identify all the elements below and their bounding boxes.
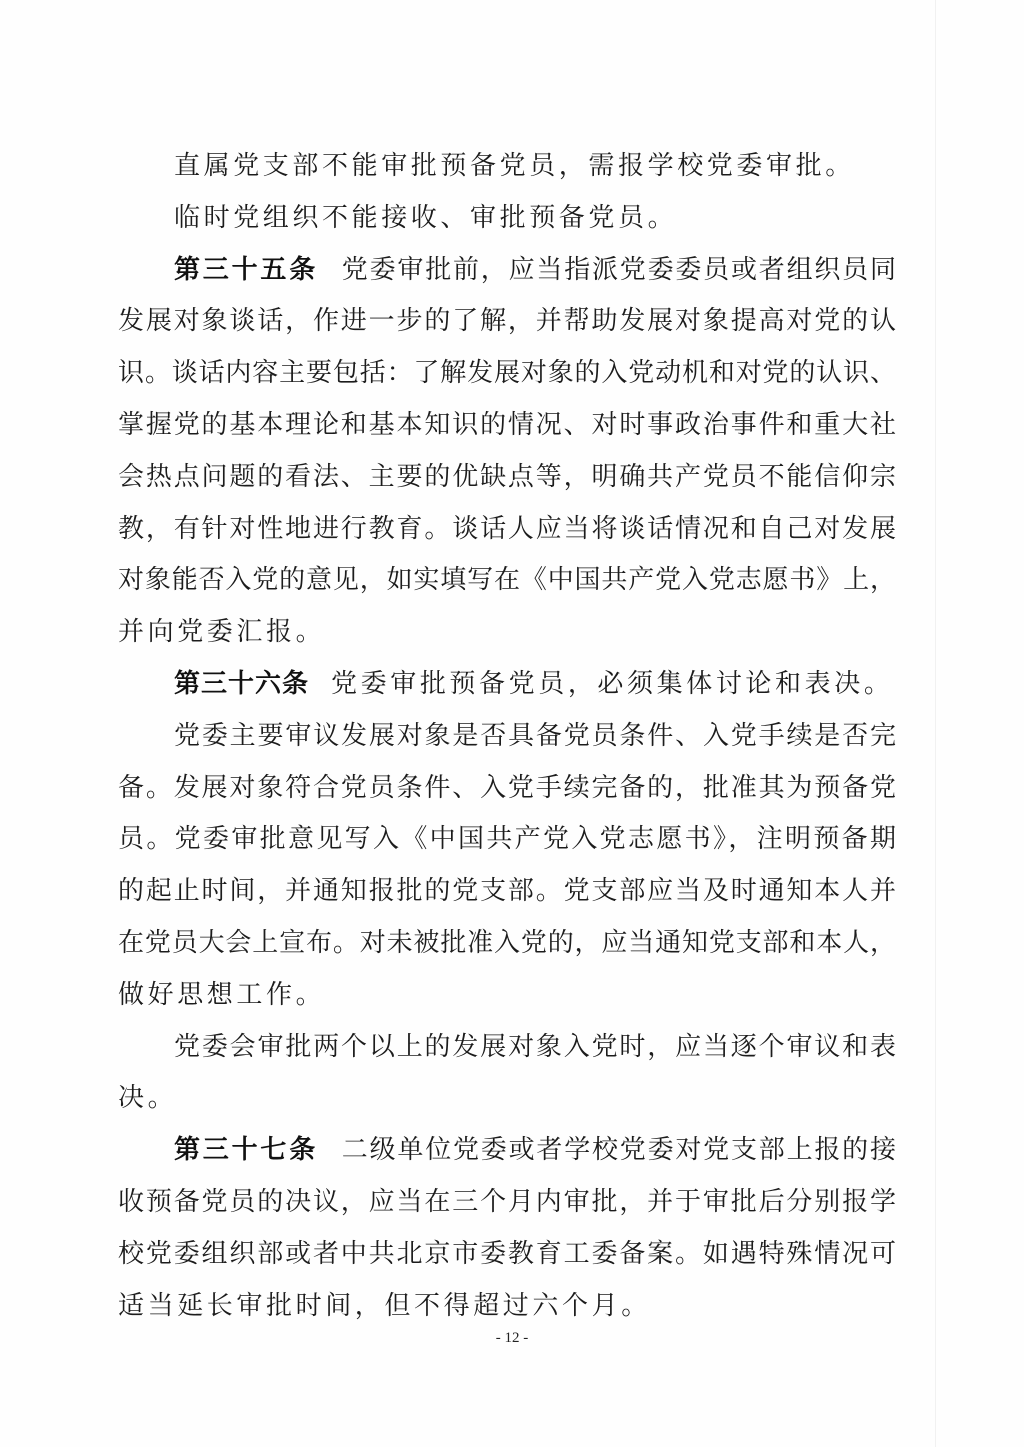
text-line: 适当延长审批时间，但不得超过六个月。 <box>118 1281 896 1333</box>
text-line: 在党员大会上宣布。对未被批准入党的，应当通知党支部和本人， <box>118 918 896 970</box>
text-line: 临时党组织不能接收、审批预备党员。 <box>118 193 896 245</box>
text-line: 会热点问题的看法、主要的优缺点等，明确共产党员不能信仰宗 <box>118 452 896 504</box>
text-segment: 党委审批预备党员，必须集体讨论和表决。 <box>331 669 893 699</box>
document-page: 直属党支部不能审批预备党员，需报学校党委审批。 临时党组织不能接收、审批预备党员… <box>0 0 1024 1447</box>
article-37-line: 第三十七条二级单位党委或者学校党委对党支部上报的接 <box>118 1125 896 1177</box>
article-number: 第三十五条 <box>174 255 318 285</box>
article-36-line: 第三十六条党委审批预备党员，必须集体讨论和表决。 <box>118 659 896 711</box>
text-segment: 党委审批前，应当指派党委委员或者组织员同 <box>340 255 896 285</box>
scan-fold-line <box>935 0 936 1447</box>
text-line: 的起止时间，并通知报批的党支部。党支部应当及时通知本人并 <box>118 866 896 918</box>
text-line: 并向党委汇报。 <box>118 607 896 659</box>
text-line: 掌握党的基本理论和基本知识的情况、对时事政治事件和重大社 <box>118 400 896 452</box>
text-line: 备。发展对象符合党员条件、入党手续完备的，批准其为预备党 <box>118 763 896 815</box>
article-35-line: 第三十五条党委审批前，应当指派党委委员或者组织员同 <box>118 245 896 297</box>
text-line: 员。党委审批意见写入《中国共产党入党志愿书》，注明预备期 <box>118 814 896 866</box>
text-line: 教，有针对性地进行教育。谈话人应当将谈话情况和自己对发展 <box>118 504 896 556</box>
document-body: 直属党支部不能审批预备党员，需报学校党委审批。 临时党组织不能接收、审批预备党员… <box>118 141 896 1332</box>
text-line: 发展对象谈话，作进一步的了解，并帮助发展对象提高对党的认 <box>118 296 896 348</box>
text-line: 直属党支部不能审批预备党员，需报学校党委审批。 <box>118 141 896 193</box>
article-number: 第三十七条 <box>174 1135 318 1165</box>
text-line: 收预备党员的决议，应当在三个月内审批，并于审批后分别报学 <box>118 1177 896 1229</box>
text-segment: 二级单位党委或者学校党委对党支部上报的接 <box>340 1135 896 1165</box>
text-line: 识。谈话内容主要包括：了解发展对象的入党动机和对党的认识、 <box>118 348 896 400</box>
text-line: 决。 <box>118 1073 896 1125</box>
page-number: - 12 - <box>0 1330 1024 1347</box>
article-number: 第三十六条 <box>174 669 309 699</box>
text-line: 对象能否入党的意见，如实填写在《中国共产党入党志愿书》上， <box>118 555 896 607</box>
text-line: 党委会审批两个以上的发展对象入党时，应当逐个审议和表 <box>118 1022 896 1074</box>
text-line: 校党委组织部或者中共北京市委教育工委备案。如遇特殊情况可 <box>118 1229 896 1281</box>
text-line: 做好思想工作。 <box>118 970 896 1022</box>
text-line: 党委主要审议发展对象是否具备党员条件、入党手续是否完 <box>118 711 896 763</box>
